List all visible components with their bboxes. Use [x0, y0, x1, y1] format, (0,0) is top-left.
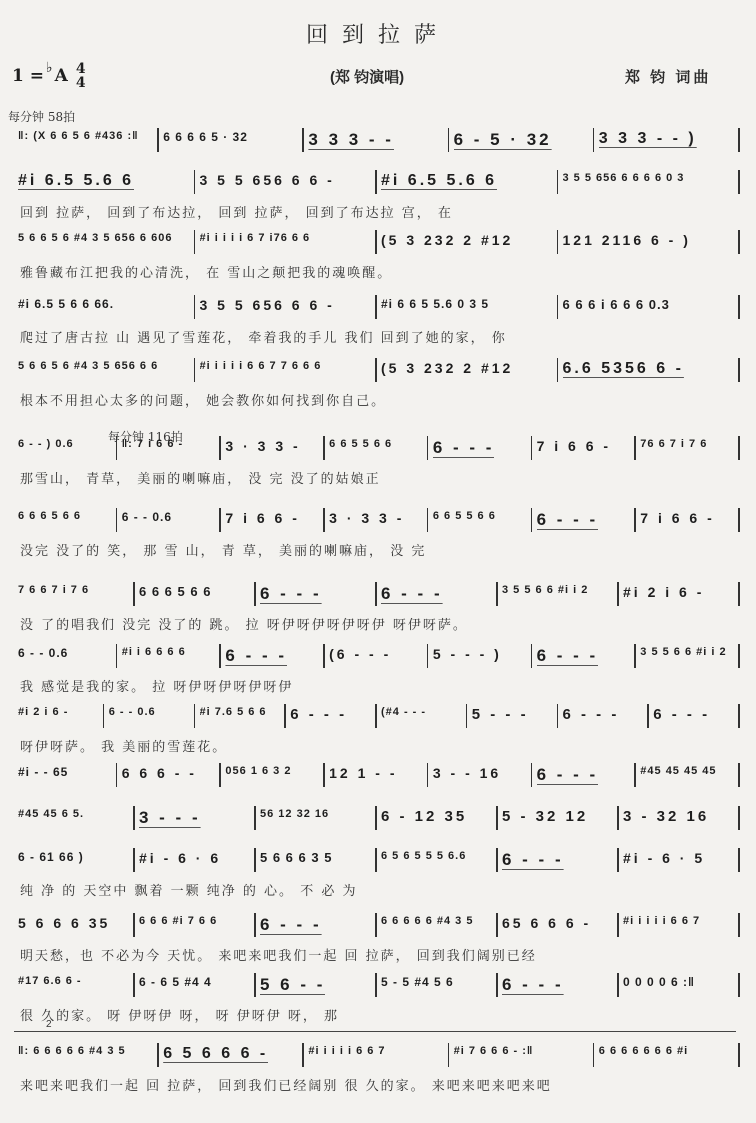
measure: 6 5 6 6 6 - [163, 1045, 268, 1063]
volta-bracket [14, 1031, 736, 1032]
barline [323, 436, 325, 460]
barline [116, 508, 118, 532]
measure: 5 - 5 #4 5 6 [381, 975, 454, 989]
measure: 0 0 0 0 6 :‖ [623, 975, 695, 989]
measure: #i 7.6 5 6 6 [200, 706, 267, 718]
barline [617, 913, 619, 937]
barline [617, 848, 619, 872]
lyric-line: 呀伊呀萨。 我 美丽的雪莲花。 [20, 736, 227, 755]
measure: 6 - - - [290, 706, 347, 723]
barline [448, 1043, 450, 1067]
measure: 12 1 - - [329, 765, 397, 781]
lyric-line: 雅鲁藏布江把我的心清洗， 在 雪山之颠把我的魂唤醒。 [20, 262, 392, 281]
barline [593, 128, 595, 152]
barline [617, 582, 619, 606]
barline [116, 644, 118, 668]
volta-number: 2 [46, 1019, 52, 1030]
measure: 5 - 32 12 [502, 808, 588, 825]
barline [219, 644, 221, 668]
barline [738, 436, 740, 460]
measure: 6 6 6 6 5 · 32 [163, 130, 248, 144]
measure: 6 - 61 66 ) [18, 850, 84, 864]
barline [496, 913, 498, 937]
measure: 6 6 6 5 6 6 [18, 510, 81, 522]
barline [375, 973, 377, 997]
barline [738, 230, 740, 254]
time-signature: 4 4 [76, 62, 86, 90]
measure: ‖: (X 6 6 5 6 #436 :‖ [18, 130, 139, 142]
measure: 6 6 5 5 6 6 [433, 510, 496, 522]
barline [133, 973, 135, 997]
measure: 6 - 5 · 32 [454, 130, 552, 150]
measure: #i i i i i 6 7 i76 6 6 [200, 232, 311, 244]
key-prefix: 1 = [12, 66, 44, 86]
song-title: 回到拉萨 [0, 18, 756, 49]
measure: 7 i 6 6 - [537, 438, 611, 454]
barline [194, 230, 196, 254]
measure: #i 7 6 6 6 - :‖ [454, 1045, 534, 1057]
measure: 6 6 6 - - [122, 765, 197, 781]
barline [302, 128, 304, 152]
barline [427, 763, 429, 787]
measure: #i 6 6 5 5.6 0 3 5 [381, 297, 489, 311]
measure: 6 - - ) 0.6 [18, 438, 74, 450]
barline [496, 973, 498, 997]
lyric-line: 纯 净 的 天空中 飘着 一颗 纯净 的 心。 不 必 为 [20, 880, 357, 899]
measure: 6 - - - [381, 584, 443, 604]
barline [254, 582, 256, 606]
flat-icon: ♭ [46, 60, 53, 76]
measure: 6 6 6 6 6 #4 3 5 [381, 915, 473, 927]
barline [133, 806, 135, 830]
barline [427, 508, 429, 532]
measure: #i 6.5 5 6 6 66. [18, 297, 114, 311]
measure: #i 6.5 5.6 6 [381, 172, 497, 190]
lyric-line: 来吧来吧我们一起 回 拉萨， 回到我们已经阔别 很 久的家。 来吧来吧来吧来吧 [20, 1075, 552, 1094]
measure: (#4 - - - [381, 706, 426, 718]
barline [634, 508, 636, 532]
barline [323, 644, 325, 668]
time-top: 4 [76, 62, 86, 76]
measure: 6 - - - [502, 975, 564, 995]
barline [375, 582, 377, 606]
measure: 6 - - - [502, 850, 564, 870]
measure: 3 3 3 - - ) [599, 130, 697, 148]
barline [254, 806, 256, 830]
barline [284, 704, 286, 728]
measure: 6 - - - [653, 706, 710, 723]
barline [375, 913, 377, 937]
barline [194, 170, 196, 194]
barline [254, 848, 256, 872]
measure: 65 6 6 6 - [502, 915, 591, 931]
measure: #45 45 45 45 [640, 765, 716, 777]
barline [634, 644, 636, 668]
measure: 3 5 5 656 6 6 - [200, 172, 335, 188]
barline [738, 358, 740, 382]
barline [738, 973, 740, 997]
barline [375, 170, 377, 194]
lyric-line: 那雪山， 青草， 美丽的喇嘛庙， 没 完 没了的姑娘正 [20, 468, 381, 487]
measure: 6 - 12 35 [381, 808, 467, 825]
barline [427, 436, 429, 460]
measure: (5 3 232 2 #12 [381, 232, 513, 248]
measure: #i - 6 · 5 [623, 850, 705, 866]
tempo-marking-58: 每分钟 58拍 [8, 108, 75, 125]
measure: #i i i i i 6 6 7 [308, 1045, 385, 1057]
barline [466, 704, 468, 728]
measure: 5 6 6 6 35 [18, 915, 110, 931]
measure: #i i i i i 6 6 7 [623, 915, 700, 927]
barline [531, 644, 533, 668]
measure: 5 6 6 6 3 5 [260, 850, 332, 865]
barline [219, 508, 221, 532]
measure: 6 - - - [225, 646, 287, 666]
barline [738, 806, 740, 830]
barline [375, 295, 377, 319]
measure: #i 2 i 6 - [18, 706, 68, 718]
barline [133, 582, 135, 606]
measure: ‖: 6 6 6 6 6 #4 3 5 [18, 1045, 126, 1057]
barline [557, 295, 559, 319]
measure: 7 6 6 7 i 7 6 [18, 584, 89, 596]
measure: 3 3 3 - - [308, 130, 394, 150]
measure: 6 6 6 i 6 6 6 0.3 [563, 297, 670, 312]
measure: #45 45 6 5. [18, 808, 84, 820]
barline [531, 763, 533, 787]
measure: (6 - - - [329, 646, 391, 662]
barline [194, 704, 196, 728]
barline [103, 704, 105, 728]
measure: 3 5 5 656 6 6 6 6 0 3 [563, 172, 685, 184]
barline [219, 436, 221, 460]
barline [557, 358, 559, 382]
measure: 6 6 5 5 6 6 [329, 438, 392, 450]
measure: 6 - - - [537, 510, 599, 530]
measure: 6 - - 0.6 [122, 510, 172, 524]
measure: 76 6 7 i 7 6 [640, 438, 707, 450]
barline [116, 436, 118, 460]
measure: 6 - - - [260, 915, 322, 935]
measure: 5 6 6 5 6 #4 3 5 656 6 606 [18, 232, 172, 244]
measure: #17 6.6 6 - [18, 975, 82, 987]
measure: 3 · 3 3 - [225, 438, 300, 454]
lyric-line: 没完 没了的 笑， 那 雪 山， 青 草， 美丽的喇嘛庙， 没 完 [20, 540, 426, 559]
measure: 6 - 6 5 #4 4 [139, 975, 212, 989]
lyric-line: 回到 拉萨， 回到了布达拉， 回到 拉萨， 回到了布达拉 宫， 在 [20, 202, 453, 221]
measure: 5 6 - - [260, 975, 325, 995]
barline [593, 1043, 595, 1067]
barline [617, 973, 619, 997]
measure: 6 - - 0.6 [18, 646, 68, 660]
barline [617, 806, 619, 830]
barline [531, 436, 533, 460]
barline [738, 913, 740, 937]
barline [254, 913, 256, 937]
measure: #i - 6 · 6 [139, 850, 221, 866]
measure: 6 6 6 6 6 6 6 #i [599, 1045, 688, 1057]
barline [496, 582, 498, 606]
barline [323, 508, 325, 532]
measure: 056 1 6 3 2 [225, 765, 291, 777]
barline [738, 1043, 740, 1067]
measure: 6.6 5356 6 - [563, 360, 684, 378]
measure: 6 - - - [563, 706, 620, 723]
measure: 6 - - - [537, 646, 599, 666]
barline [557, 704, 559, 728]
barline [302, 1043, 304, 1067]
barline [116, 763, 118, 787]
sheet-music-page: 回到拉萨 1 = ♭ A 4 4 (郑 钧演唱) 郑 钧 词曲 每分钟 58拍 … [0, 0, 756, 1123]
barline [375, 806, 377, 830]
lyric-line: 根本不用担心太多的问题， 她会教你如何找到你自己。 [20, 390, 386, 409]
barline [496, 848, 498, 872]
barline [634, 763, 636, 787]
measure: 6 - - - [537, 765, 599, 785]
measure: 5 - - - [472, 706, 529, 723]
lyric-line: 没 了的唱我们 没完 没了的 跳。 拉 呀伊呀伊呀伊呀伊 呀伊呀萨。 [20, 614, 468, 633]
measure: 6 - - 0.6 [109, 706, 156, 718]
lyric-line: 爬过了唐古拉 山 遇见了雪莲花， 牵着我的手儿 我们 回到了她的家， 你 [20, 327, 507, 346]
measure: 3 5 5 656 6 6 - [200, 297, 335, 313]
barline [531, 508, 533, 532]
key-note: A [55, 66, 68, 86]
measure: 6 - - - [260, 584, 322, 604]
barline [375, 358, 377, 382]
barline [375, 848, 377, 872]
barline [738, 582, 740, 606]
barline [738, 848, 740, 872]
measure: 6 6 6 5 6 6 [139, 584, 211, 599]
barline [448, 128, 450, 152]
measure: 121 2116 6 - ) [563, 232, 691, 248]
barline [738, 644, 740, 668]
measure: #i - - 65 [18, 765, 68, 779]
barline [738, 170, 740, 194]
measure: 7 i 6 6 - [640, 510, 714, 526]
barline [157, 128, 159, 152]
lyricist-composer-credit: 郑 钧 词曲 [625, 66, 711, 87]
measure: 7 i 6 6 - [225, 510, 299, 526]
measure: 6 5 6 5 5 5 6.6 [381, 850, 466, 862]
barline [738, 704, 740, 728]
measure: 3 5 5 6 6 #i i 2 [502, 584, 588, 596]
barline [738, 128, 740, 152]
barline [254, 973, 256, 997]
singer-credit: (郑 钧演唱) [330, 66, 404, 87]
barline [557, 230, 559, 254]
measure: #i 2 i 6 - [623, 584, 704, 600]
measure: 6 6 6 #i 7 6 6 [139, 915, 217, 927]
barline [557, 170, 559, 194]
barline [647, 704, 649, 728]
measure: #i i 6 6 6 6 [122, 646, 186, 658]
lyric-line: 很 久的家。 呀 伊呀伊 呀， 呀 伊呀伊 呀， 那 [20, 1005, 339, 1024]
barline [375, 704, 377, 728]
measure: #i 6.5 5.6 6 [18, 172, 134, 190]
barline [738, 763, 740, 787]
lyric-line: 我 感觉是我的家。 拉 呀伊呀伊呀伊呀伊 [20, 676, 293, 695]
key-signature: 1 = ♭ A 4 4 [12, 62, 86, 90]
barline [323, 763, 325, 787]
measure: 5 - - - ) [433, 646, 502, 662]
measure: ‖: 7 i 6 6 - [122, 438, 184, 450]
measure: 3 - 32 16 [623, 808, 709, 825]
measure: 56 12 32 16 [260, 808, 329, 820]
barline [194, 358, 196, 382]
measure: 3 - - 16 [433, 765, 501, 781]
barline [738, 295, 740, 319]
measure: 3 - - - [139, 808, 201, 828]
barline [496, 806, 498, 830]
measure: (5 3 232 2 #12 [381, 360, 513, 376]
measure: 3 5 5 6 6 #i i 2 [640, 646, 726, 658]
measure: 3 · 3 3 - [329, 510, 404, 526]
lyric-line: 明天愁，也 不必为今 天忧。 来吧来吧我们一起 回 拉萨， 回到我们阔别已经 [20, 945, 537, 964]
barline [194, 295, 196, 319]
barline [133, 913, 135, 937]
barline [634, 436, 636, 460]
barline [133, 848, 135, 872]
measure: #i i i i i 6 6 7 7 6 6 6 [200, 360, 322, 372]
barline [219, 763, 221, 787]
barline [738, 508, 740, 532]
measure: 5 6 6 5 6 #4 3 5 656 6 6 [18, 360, 158, 372]
barline [375, 230, 377, 254]
measure: 6 - - - [433, 438, 495, 458]
barline [157, 1043, 159, 1067]
barline [427, 644, 429, 668]
time-bottom: 4 [76, 76, 86, 90]
